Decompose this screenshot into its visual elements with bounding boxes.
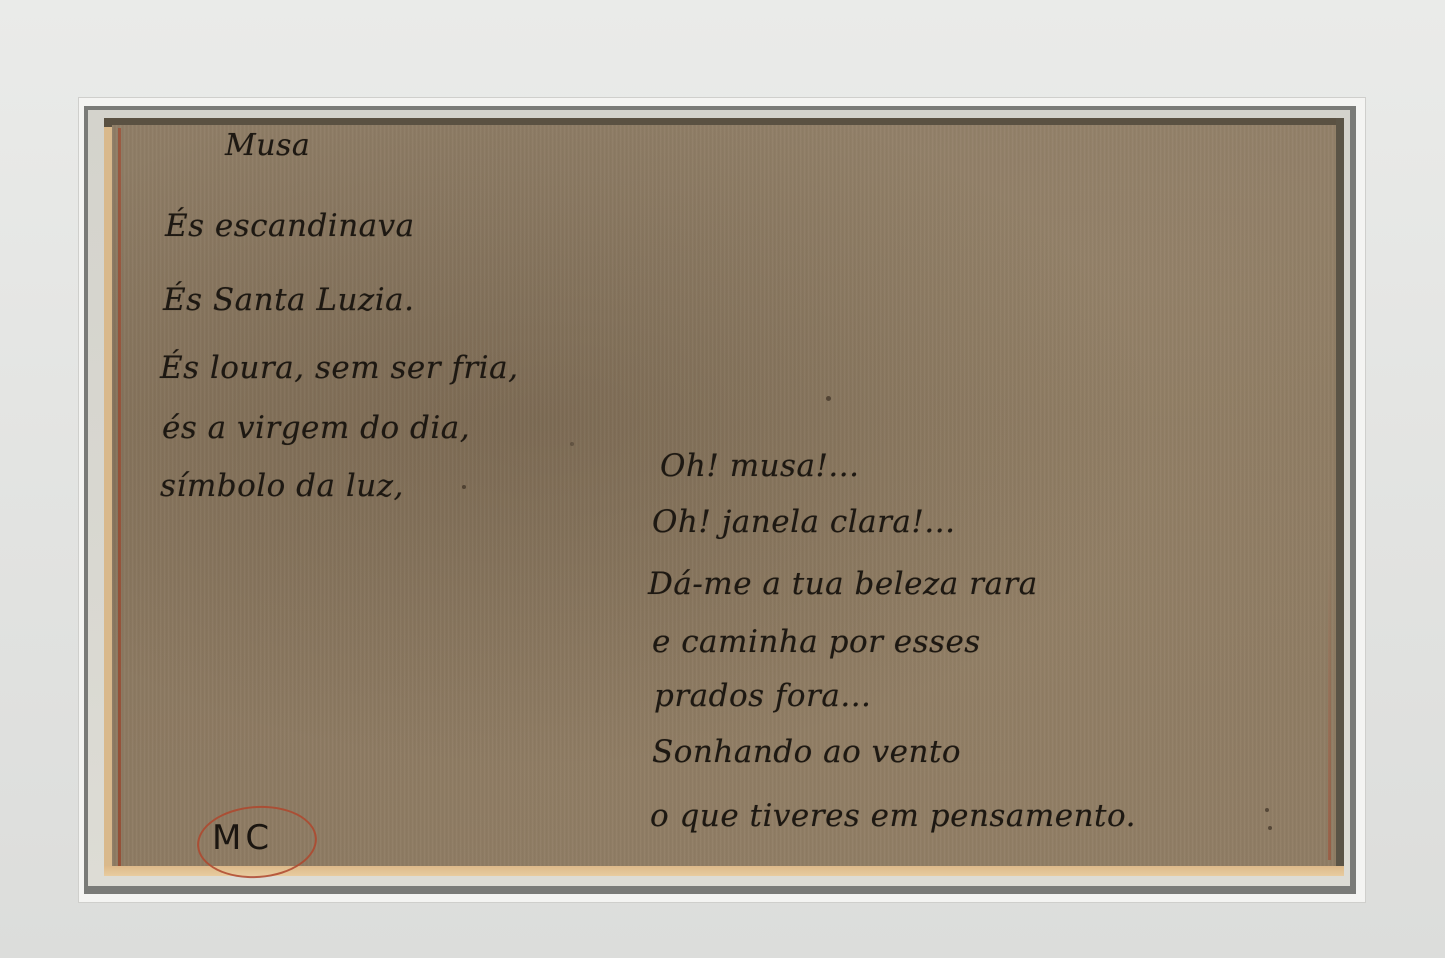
poem-line: és a virgem do dia, [162,410,470,446]
poem-line: símbolo da luz, [160,468,404,504]
monogram-initials: MC [212,818,273,858]
poem-line: o que tiveres em pensamento. [650,798,1136,834]
poem-line: És escandinava [165,208,415,244]
poem-line: És loura, sem ser fria, [160,350,518,386]
paper-spot [462,485,466,489]
poem-line: e caminha por esses [652,624,981,660]
paper-spot [1265,808,1269,812]
poem-line: prados fora... [654,678,871,714]
paper-spot [1268,826,1272,830]
poem-line: Dá-me a tua beleza rara [648,566,1038,602]
poem-line: Oh! janela clara!... [652,504,955,540]
frame-shadow-right [1336,118,1344,870]
red-margin-line-left [118,128,121,866]
red-margin-line-right [1328,560,1331,860]
paper-spot [570,442,574,446]
poem-line: Oh! musa!... [660,448,859,484]
poem-title: Musa [225,128,310,163]
poem-line: Sonhando ao vento [652,734,961,770]
poem-line: És Santa Luzia. [163,282,415,318]
paper-spot [826,396,831,401]
